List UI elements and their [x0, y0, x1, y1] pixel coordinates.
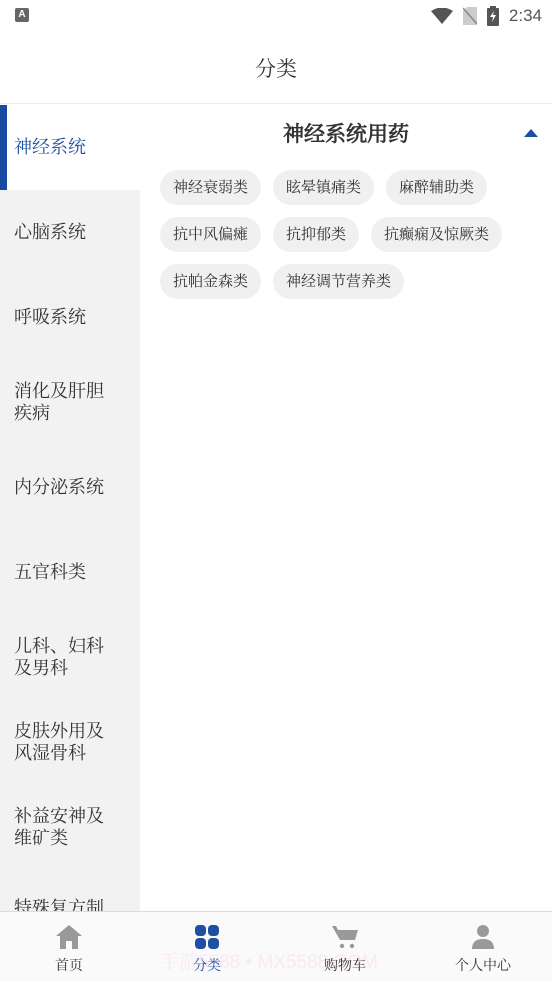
sidebar-item-nervous-system[interactable]: 神经系统 — [0, 105, 140, 190]
tab-profile[interactable]: 个人中心 — [414, 912, 552, 981]
home-icon — [56, 924, 82, 950]
app-notification-icon: A — [15, 8, 29, 22]
sidebar-item-tonic-vitamins[interactable]: 补益安神及维矿类 — [0, 785, 140, 870]
subcategory-list: 神经衰弱类 眩晕镇痛类 麻醉辅助类 抗中风偏瘫 抗抑郁类 抗癫痫及惊厥类 抗帕金… — [140, 161, 552, 299]
subcategory-chip[interactable]: 抗抑郁类 — [273, 217, 359, 252]
sidebar-item-label: 内分泌系统 — [14, 477, 104, 499]
sidebar-item-label: 呼吸系统 — [14, 307, 86, 329]
sidebar-item-ent-ophthalmic[interactable]: 五官科类 — [0, 530, 140, 615]
battery-charging-icon — [487, 6, 499, 26]
cart-icon — [332, 924, 358, 950]
bottom-tab-bar: 首页 分类 购物车 个人中心 — [0, 911, 552, 981]
subcategory-chip[interactable]: 神经调节营养类 — [273, 264, 404, 299]
page-title: 分类 — [255, 53, 297, 83]
sidebar-item-label: 皮肤外用及风湿骨科 — [14, 721, 114, 765]
sidebar-item-digestive-liver[interactable]: 消化及肝胆疾病 — [0, 360, 140, 445]
tab-label: 购物车 — [324, 955, 366, 975]
sidebar-item-label: 补益安神及维矿类 — [14, 806, 114, 850]
tab-label: 分类 — [193, 955, 221, 975]
sidebar-item-dermatology-rheumatology[interactable]: 皮肤外用及风湿骨科 — [0, 700, 140, 785]
tab-label: 个人中心 — [455, 955, 511, 975]
sidebar-item-cardio-cerebral[interactable]: 心脑系统 — [0, 190, 140, 275]
subcategory-chip[interactable]: 抗癫痫及惊厥类 — [371, 217, 502, 252]
status-icons: 2:34 — [431, 0, 542, 32]
category-content: 神经系统用药 神经衰弱类 眩晕镇痛类 麻醉辅助类 抗中风偏瘫 抗抑郁类 抗癫痫及… — [140, 105, 552, 911]
subcategory-chip[interactable]: 眩晕镇痛类 — [273, 170, 374, 205]
subcategory-chip[interactable]: 神经衰弱类 — [160, 170, 261, 205]
category-sidebar[interactable]: 神经系统 心脑系统 呼吸系统 消化及肝胆疾病 内分泌系统 五官科类 儿科、妇科及… — [0, 105, 140, 911]
sidebar-item-label: 儿科、妇科及男科 — [14, 636, 114, 680]
sidebar-item-label: 心脑系统 — [14, 222, 86, 244]
sidebar-item-pediatric-gynecology-andrology[interactable]: 儿科、妇科及男科 — [0, 615, 140, 700]
sidebar-item-label: 五官科类 — [14, 562, 86, 584]
tab-label: 首页 — [55, 955, 83, 975]
sidebar-item-label: 特殊复方制剂及生物制品 — [14, 898, 114, 911]
subcategory-chip[interactable]: 麻醉辅助类 — [386, 170, 487, 205]
page-header: 分类 — [0, 32, 552, 104]
sidebar-item-label: 神经系统 — [14, 137, 86, 159]
user-icon — [470, 924, 496, 950]
clock: 2:34 — [509, 6, 542, 26]
tab-home[interactable]: 首页 — [0, 912, 138, 981]
section-header[interactable]: 神经系统用药 — [140, 105, 552, 161]
subcategory-chip[interactable]: 抗中风偏瘫 — [160, 217, 261, 252]
tab-cart[interactable]: 购物车 — [276, 912, 414, 981]
status-bar: A 2:34 — [0, 0, 552, 32]
triangle-up-icon[interactable] — [524, 129, 538, 137]
wifi-icon — [431, 8, 453, 24]
subcategory-chip[interactable]: 抗帕金森类 — [160, 264, 261, 299]
no-sim-icon — [463, 7, 477, 25]
section-title: 神经系统用药 — [283, 118, 409, 148]
tab-category[interactable]: 分类 — [138, 912, 276, 981]
sidebar-item-special-compound-biologics[interactable]: 特殊复方制剂及生物制品 — [0, 870, 140, 911]
sidebar-item-label: 消化及肝胆疾病 — [14, 381, 114, 425]
sidebar-item-respiratory[interactable]: 呼吸系统 — [0, 275, 140, 360]
sidebar-item-endocrine[interactable]: 内分泌系统 — [0, 445, 140, 530]
category-grid-icon — [194, 924, 220, 950]
